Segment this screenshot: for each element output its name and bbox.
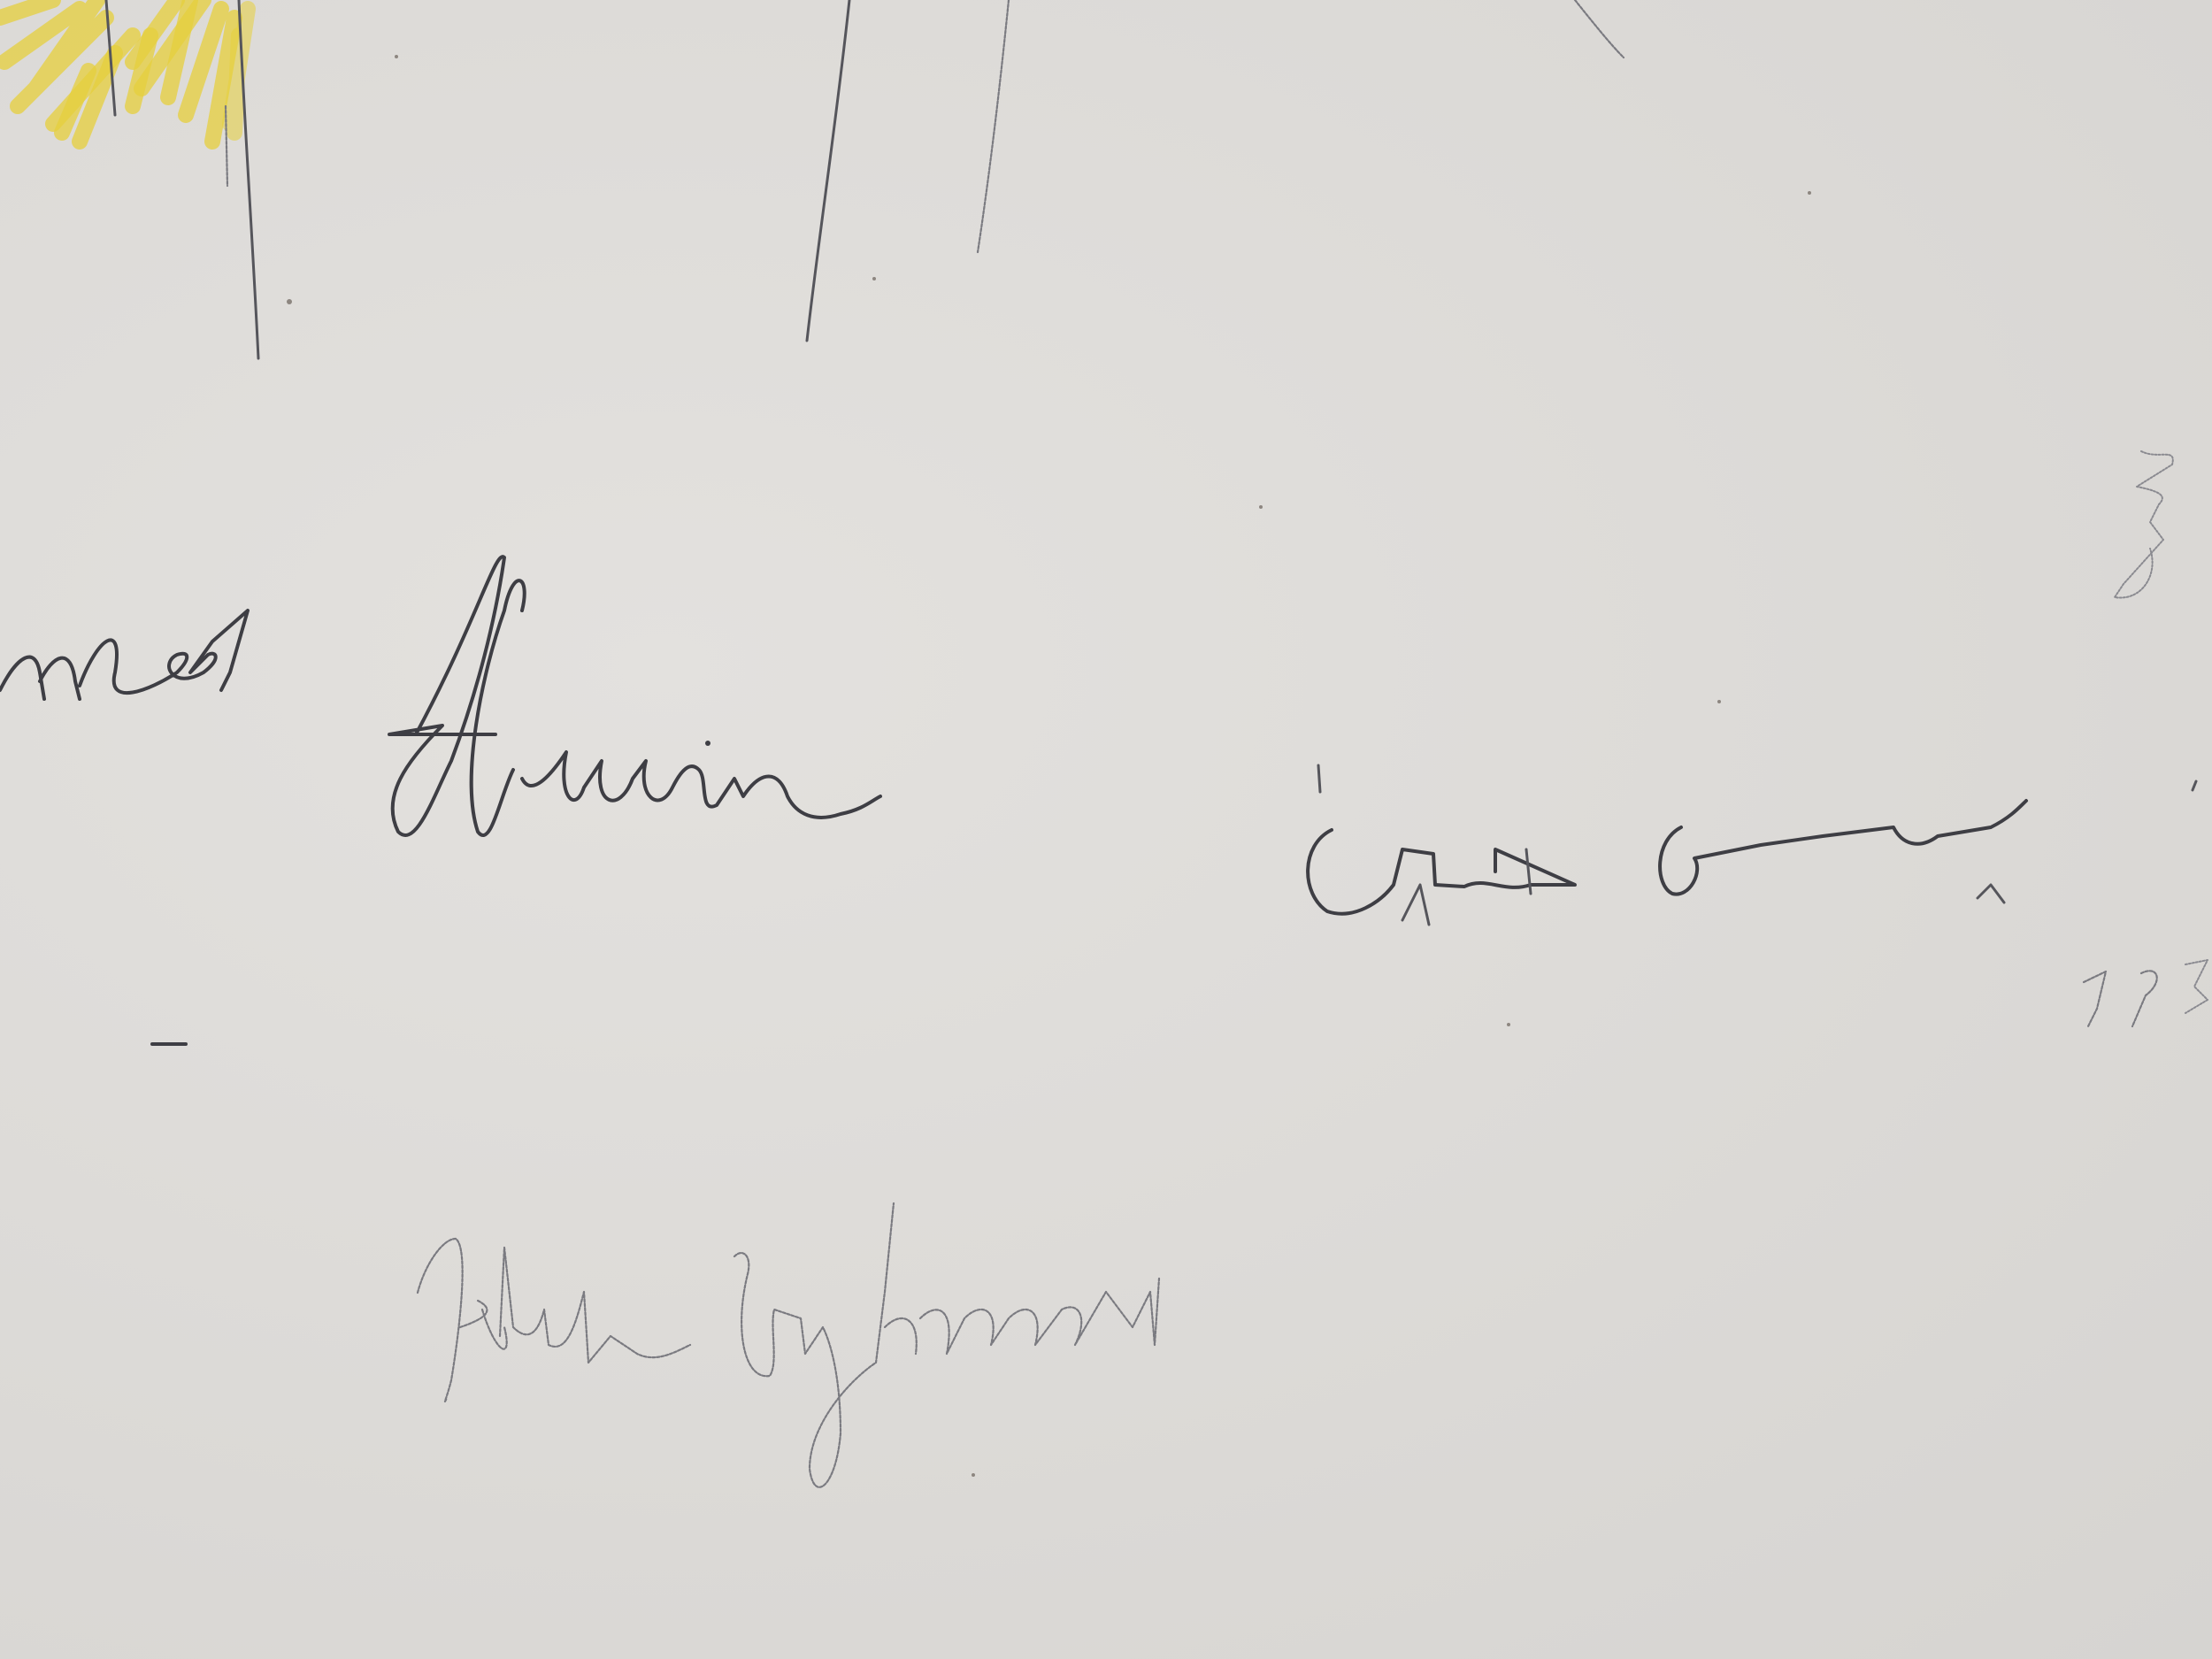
year-inscription bbox=[2084, 960, 2208, 1026]
vertical-mark bbox=[2115, 451, 2173, 598]
signatures bbox=[0, 0, 2212, 1659]
arabic-partial-right bbox=[1660, 781, 2196, 902]
jolanka-signature bbox=[418, 1203, 1159, 1487]
arabic-signature bbox=[1308, 765, 1575, 925]
paper-sheet: ...mees Hussin حسين ...نس 193 ž Jolanka … bbox=[0, 0, 2212, 1659]
partial-word-signature bbox=[0, 611, 248, 699]
hussin-signature bbox=[389, 557, 880, 835]
